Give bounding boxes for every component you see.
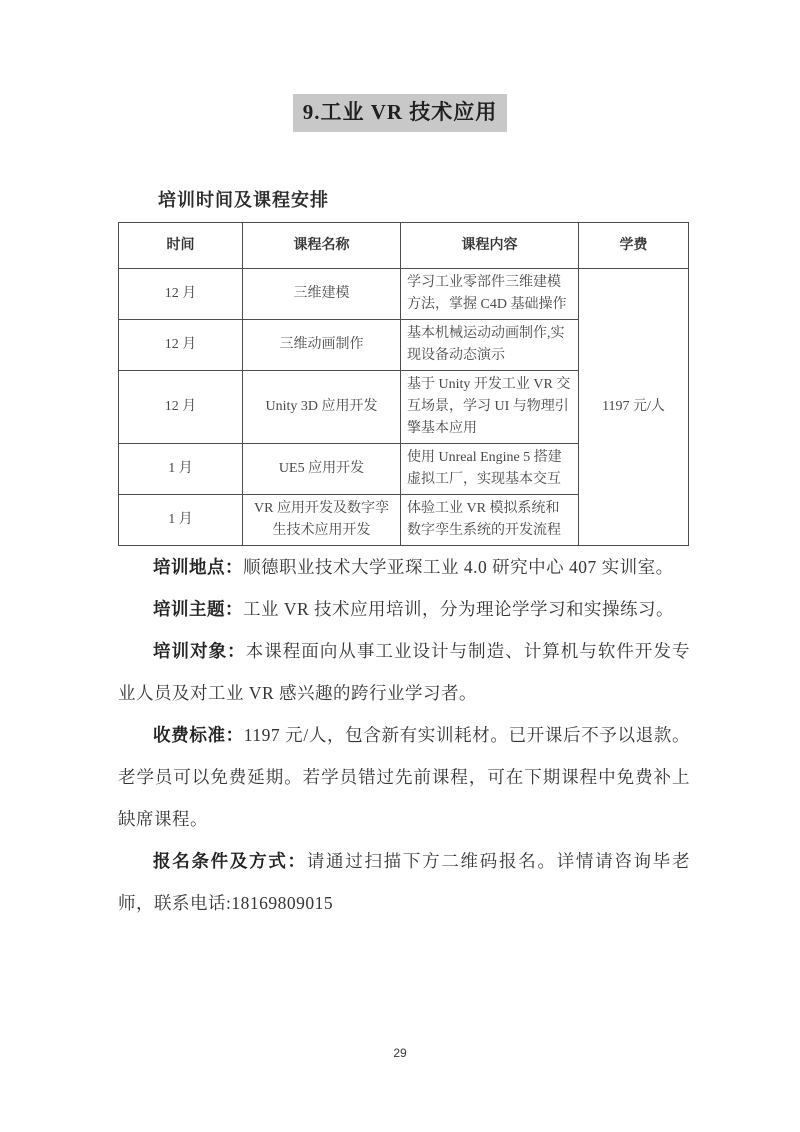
cell-fee-merged: 1197 元/人 <box>579 269 689 546</box>
cell-course-name: 三维动画制作 <box>243 320 401 371</box>
paragraph-registration: 报名条件及方式：请通过扫描下方二维码报名。详情请咨询毕老师，联系电话:18169… <box>118 840 690 924</box>
column-header-course-name: 课程名称 <box>243 223 401 269</box>
paragraph-label: 培训对象： <box>153 641 246 661</box>
cell-course-name: Unity 3D 应用开发 <box>243 371 401 444</box>
document-page: 9.工业 VR 技术应用 培训时间及课程安排 时间 课程名称 课程内容 学费 1… <box>0 0 800 1132</box>
body-paragraphs: 培训地点：顺德职业技术大学亚琛工业 4.0 研究中心 407 实训室。 培训主题… <box>118 546 690 924</box>
cell-course-name: 三维建模 <box>243 269 401 320</box>
paragraph-training-location: 培训地点：顺德职业技术大学亚琛工业 4.0 研究中心 407 实训室。 <box>118 546 690 588</box>
cell-course-content: 学习工业零部件三维建模方法，掌握 C4D 基础操作 <box>401 269 579 320</box>
cell-course-content: 基于 Unity 开发工业 VR 交互场景，学习 UI 与物理引擎基本应用 <box>401 371 579 444</box>
table-row: 12 月 三维建模 学习工业零部件三维建模方法，掌握 C4D 基础操作 1197… <box>119 269 689 320</box>
paragraph-text: 顺德职业技术大学亚琛工业 4.0 研究中心 407 实训室。 <box>243 557 674 577</box>
cell-course-name: VR 应用开发及数字孪生技术应用开发 <box>243 495 401 546</box>
course-schedule-table: 时间 课程名称 课程内容 学费 12 月 三维建模 学习工业零部件三维建模方法，… <box>118 222 689 546</box>
paragraph-training-audience: 培训对象：本课程面向从事工业设计与制造、计算机与软件开发专业人员及对工业 VR … <box>118 630 690 714</box>
cell-course-content: 使用 Unreal Engine 5 搭建虚拟工厂，实现基本交互 <box>401 444 579 495</box>
page-number: 29 <box>0 1046 800 1060</box>
column-header-fee: 学费 <box>579 223 689 269</box>
page-title: 9.工业 VR 技术应用 <box>293 94 508 132</box>
cell-time: 12 月 <box>119 269 243 320</box>
cell-time: 12 月 <box>119 320 243 371</box>
title-container: 9.工业 VR 技术应用 <box>0 94 800 132</box>
paragraph-label: 收费标准： <box>153 725 244 745</box>
cell-course-content: 基本机械运动动画制作,实现设备动态演示 <box>401 320 579 371</box>
table-header-row: 时间 课程名称 课程内容 学费 <box>119 223 689 269</box>
cell-course-content: 体验工业 VR 模拟系统和数字孪生系统的开发流程 <box>401 495 579 546</box>
cell-time: 1 月 <box>119 444 243 495</box>
paragraph-training-theme: 培训主题：工业 VR 技术应用培训，分为理论学学习和实操练习。 <box>118 588 690 630</box>
section-heading: 培训时间及课程安排 <box>158 186 329 212</box>
paragraph-text: 工业 VR 技术应用培训，分为理论学学习和实操练习。 <box>243 599 674 619</box>
column-header-time: 时间 <box>119 223 243 269</box>
paragraph-label: 培训地点： <box>153 557 243 577</box>
cell-course-name: UE5 应用开发 <box>243 444 401 495</box>
paragraph-label: 培训主题： <box>153 599 243 619</box>
cell-time: 12 月 <box>119 371 243 444</box>
paragraph-label: 报名条件及方式： <box>153 851 307 871</box>
paragraph-fee-standard: 收费标准：1197 元/人，包含新有实训耗材。已开课后不予以退款。老学员可以免费… <box>118 714 690 840</box>
column-header-course-content: 课程内容 <box>401 223 579 269</box>
cell-time: 1 月 <box>119 495 243 546</box>
